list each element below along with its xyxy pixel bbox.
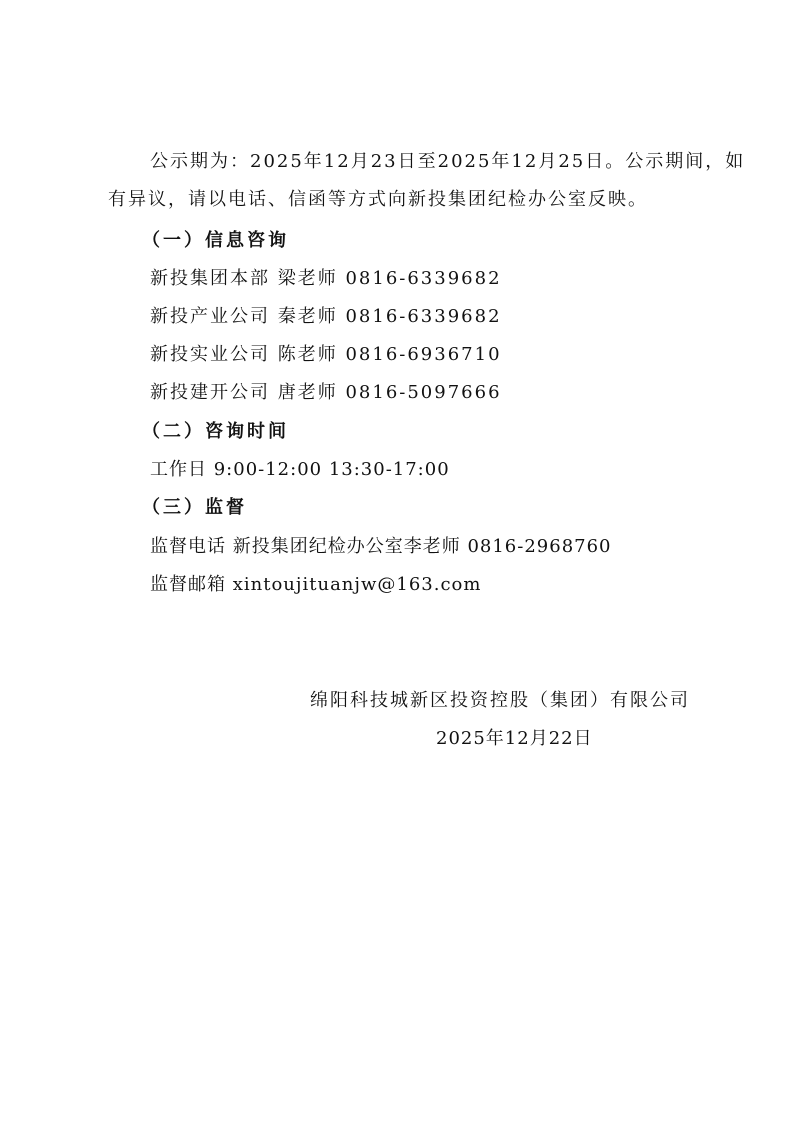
contact-org: 新投集团本部 <box>150 268 270 289</box>
office-hours: 工作日 9:00-12:00 13:30-17:00 <box>150 458 450 482</box>
section-heading-hours: （二）咨询时间 <box>142 420 289 444</box>
contact-phone: 0816-6936710 <box>345 344 501 365</box>
contact-phone: 0816-6339682 <box>345 306 501 327</box>
supervision-phone: 监督电话 新投集团纪检办公室李老师 0816-2968760 <box>150 535 612 559</box>
contact-person: 陈老师 <box>278 344 338 365</box>
signature-company: 绵阳科技城新区投资控股（集团）有限公司 <box>310 689 690 713</box>
contact-row: 新投建开公司 唐老师 0816-5097666 <box>150 381 502 405</box>
contact-phone: 0816-5097666 <box>345 382 501 403</box>
contact-org: 新投建开公司 <box>150 382 270 403</box>
contact-row: 新投实业公司 陈老师 0816-6936710 <box>150 343 502 367</box>
contact-person: 唐老师 <box>278 382 338 403</box>
section-heading-info: （一）信息咨询 <box>142 229 289 253</box>
contact-row: 新投产业公司 秦老师 0816-6339682 <box>150 305 502 329</box>
intro-line-2: 有异议，请以电话、信函等方式向新投集团纪检办公室反映。 <box>108 188 648 212</box>
email-label: 监督邮箱 <box>150 574 226 595</box>
contact-phone: 0816-6339682 <box>345 268 501 289</box>
signature-date: 2025年12月22日 <box>436 727 593 751</box>
contact-org: 新投产业公司 <box>150 306 270 327</box>
intro-line-1: 公示期为：2025年12月23日至2025年12月25日。公示期间，如 <box>150 150 745 174</box>
contact-row: 新投集团本部 梁老师 0816-6339682 <box>150 267 502 291</box>
contact-person: 梁老师 <box>278 268 338 289</box>
supervision-email-row: 监督邮箱 xintoujituanjw@163.com <box>150 573 481 597</box>
section-heading-supervision: （三）监督 <box>142 496 247 520</box>
contact-person: 秦老师 <box>278 306 338 327</box>
contact-org: 新投实业公司 <box>150 344 270 365</box>
email-address[interactable]: xintoujituanjw@163.com <box>233 574 482 595</box>
